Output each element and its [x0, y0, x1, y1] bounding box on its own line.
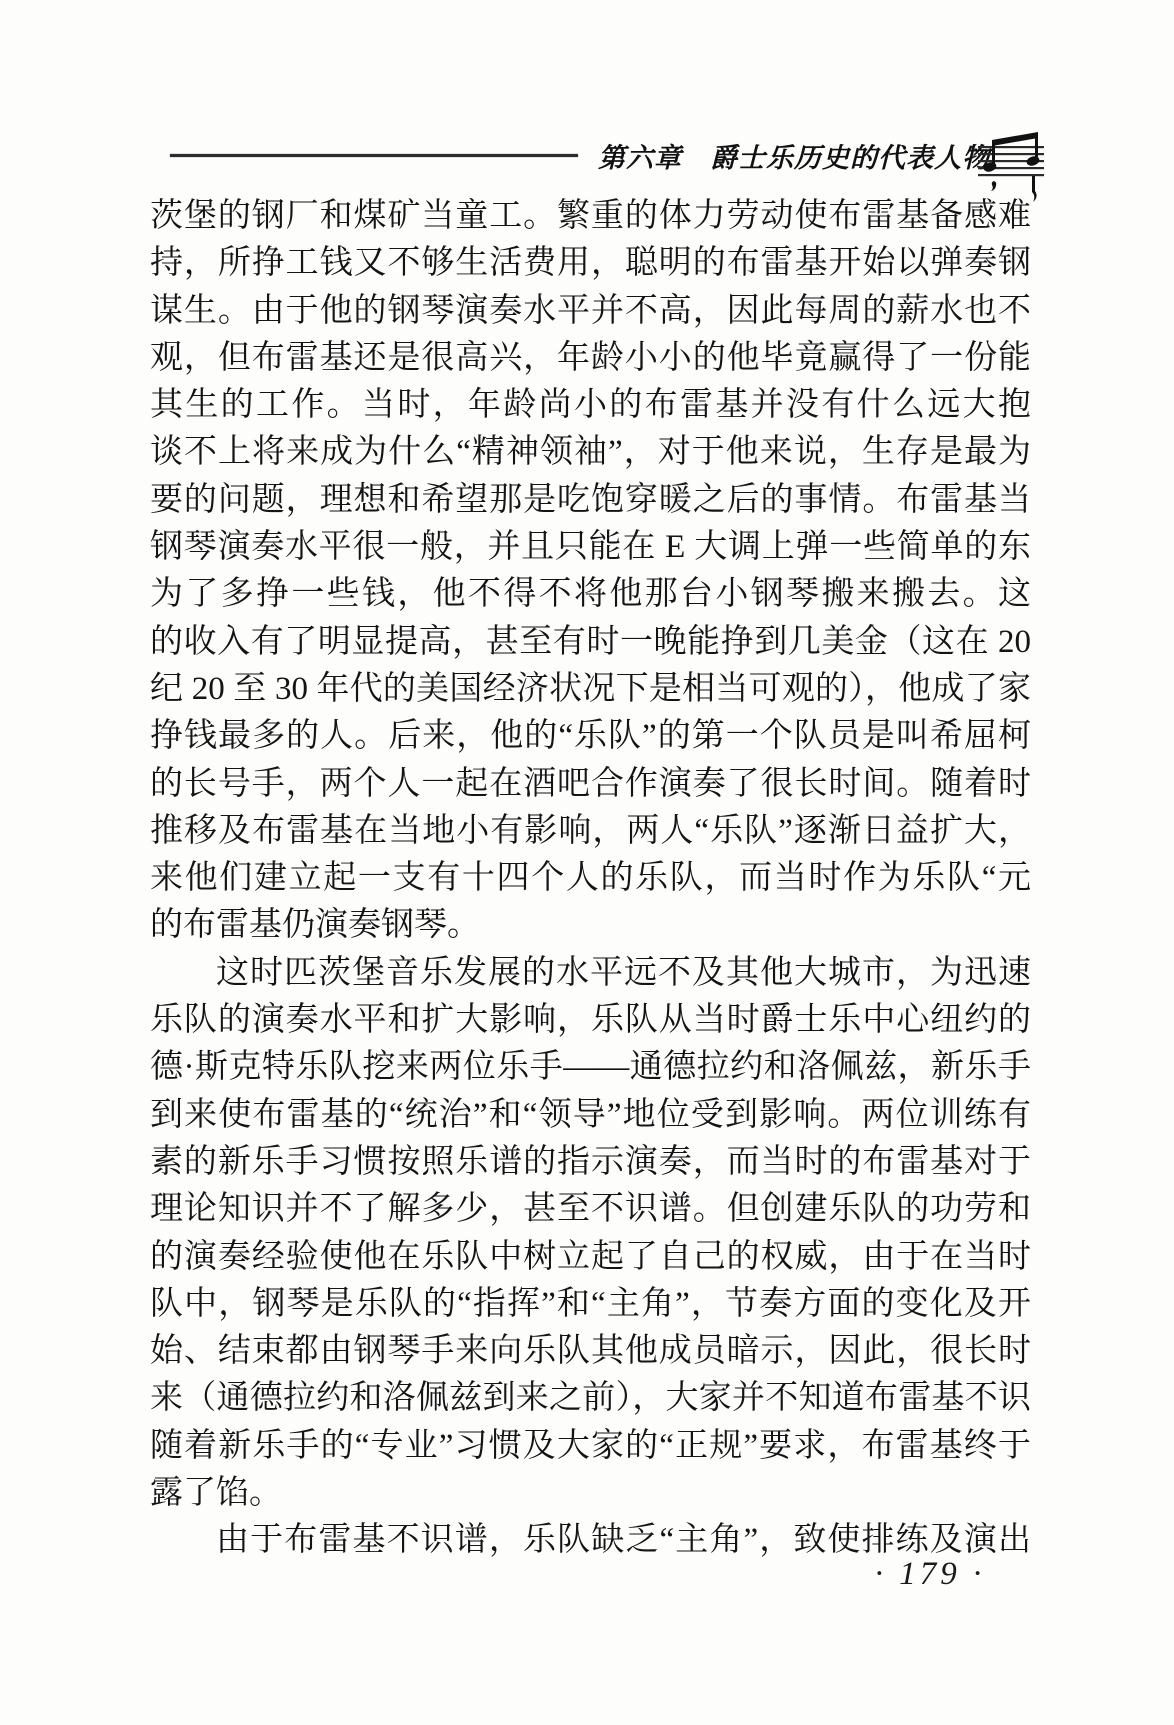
text-line: 来（通德拉约和洛佩兹到来之前），大家并不知道布雷基不识谱。 — [150, 1375, 1031, 1422]
text-line: 茨堡的钢厂和煤矿当童工。繁重的体力劳动使布雷基备感难以坚 — [150, 193, 1031, 240]
text-line: 来他们建立起一支有十四个人的乐队，而当时作为乐队“元老” — [150, 855, 1031, 902]
text-line: 纪 20 至 30 年代的美国经济状况下是相当可观的），他成了家里 — [150, 666, 1031, 713]
text-line: 持，所挣工钱又不够生活费用，聪明的布雷基开始以弹奏钢琴来 — [150, 240, 1031, 287]
text-line: 挣钱最多的人。后来，他的“乐队”的第一个队员是叫希屈柯科 — [150, 713, 1031, 760]
chapter-title: 第六章 爵士乐历史的代表人物 — [598, 136, 968, 175]
text-line: 钢琴演奏水平很一般，并且只能在 E 大调上弹一些简单的东西， — [150, 524, 1031, 571]
text-line: 推移及布雷基在当地小有影响，两人“乐队”逐渐日益扩大，后 — [150, 808, 1031, 855]
text-line: 的演奏经验使他在乐队中树立起了自己的权威，由于在当时的乐 — [150, 1234, 1031, 1281]
text-line: 乐队的演奏水平和扩大影响，乐队从当时爵士乐中心纽约的雷蒙 — [150, 997, 1031, 1044]
paragraph-2: 这时匹茨堡音乐发展的水平远不及其他大城市，为迅速提高乐队的演奏水平和扩大影响，乐… — [150, 950, 1031, 1518]
text-line: 为了多挣一些钱，他不得不将他那台小钢琴搬来搬去。这样，他 — [150, 571, 1031, 618]
text-line: 德·斯克特乐队挖来两位乐手——通德拉约和洛佩兹，新乐手的 — [150, 1044, 1031, 1091]
text-line: 始、结束都由钢琴手来向乐队其他成员暗示，因此，很长时期以 — [150, 1328, 1031, 1375]
page-number: · 179 · — [855, 1556, 1005, 1593]
text-line: 露了馅。 — [150, 1470, 1031, 1517]
text-line: 这时匹茨堡音乐发展的水平远不及其他大城市，为迅速提高 — [150, 950, 1031, 997]
text-line: 其生的工作。当时，年龄尚小的布雷基并没有什么远大抱负，更 — [150, 382, 1031, 429]
text-line: 谋生。由于他的钢琴演奏水平并不高，因此每周的薪水也不很乐 — [150, 288, 1031, 335]
text-line: 理论知识并不了解多少，甚至不识谱。但创建乐队的功劳和多年 — [150, 1186, 1031, 1233]
text-line: 的长号手，两个人一起在酒吧合作演奏了很长时间。随着时间的 — [150, 761, 1031, 808]
text-line: 观，但布雷基还是很高兴，年龄小小的他毕竟赢得了一份能自力 — [150, 335, 1031, 382]
text-line: 到来使布雷基的“统治”和“领导”地位受到影响。两位训练有 — [150, 1092, 1031, 1139]
paragraph-1: 茨堡的钢厂和煤矿当童工。繁重的体力劳动使布雷基备感难以坚持，所挣工钱又不够生活费… — [150, 193, 1031, 950]
text-line: 的收入有了明显提高，甚至有时一晚能挣到几美金（这在 20 世 — [150, 619, 1031, 666]
text-line: 要的问题，理想和希望那是吃饱穿暖之后的事情。布雷基当时的 — [150, 477, 1031, 524]
text-line: 的布雷基仍演奏钢琴。 — [150, 902, 1031, 949]
text-line: 素的新乐手习惯按照乐谱的指示演奏，而当时的布雷基对于音乐 — [150, 1139, 1031, 1186]
text-line: 队中，钢琴是乐队的“指挥”和“主角”，节奏方面的变化及开 — [150, 1281, 1031, 1328]
text-line: 随着新乐手的“专业”习惯及大家的“正规”要求，布雷基终于 — [150, 1423, 1031, 1470]
text-line: 谈不上将来成为什么“精神领袖”，对于他来说，生存是最为重 — [150, 429, 1031, 476]
book-page: 第六章 爵士乐历史的代表人物 — [0, 0, 1174, 1725]
body-text: 茨堡的钢厂和煤矿当童工。繁重的体力劳动使布雷基备感难以坚持，所挣工钱又不够生活费… — [150, 193, 1031, 1565]
header-rule — [170, 154, 578, 157]
